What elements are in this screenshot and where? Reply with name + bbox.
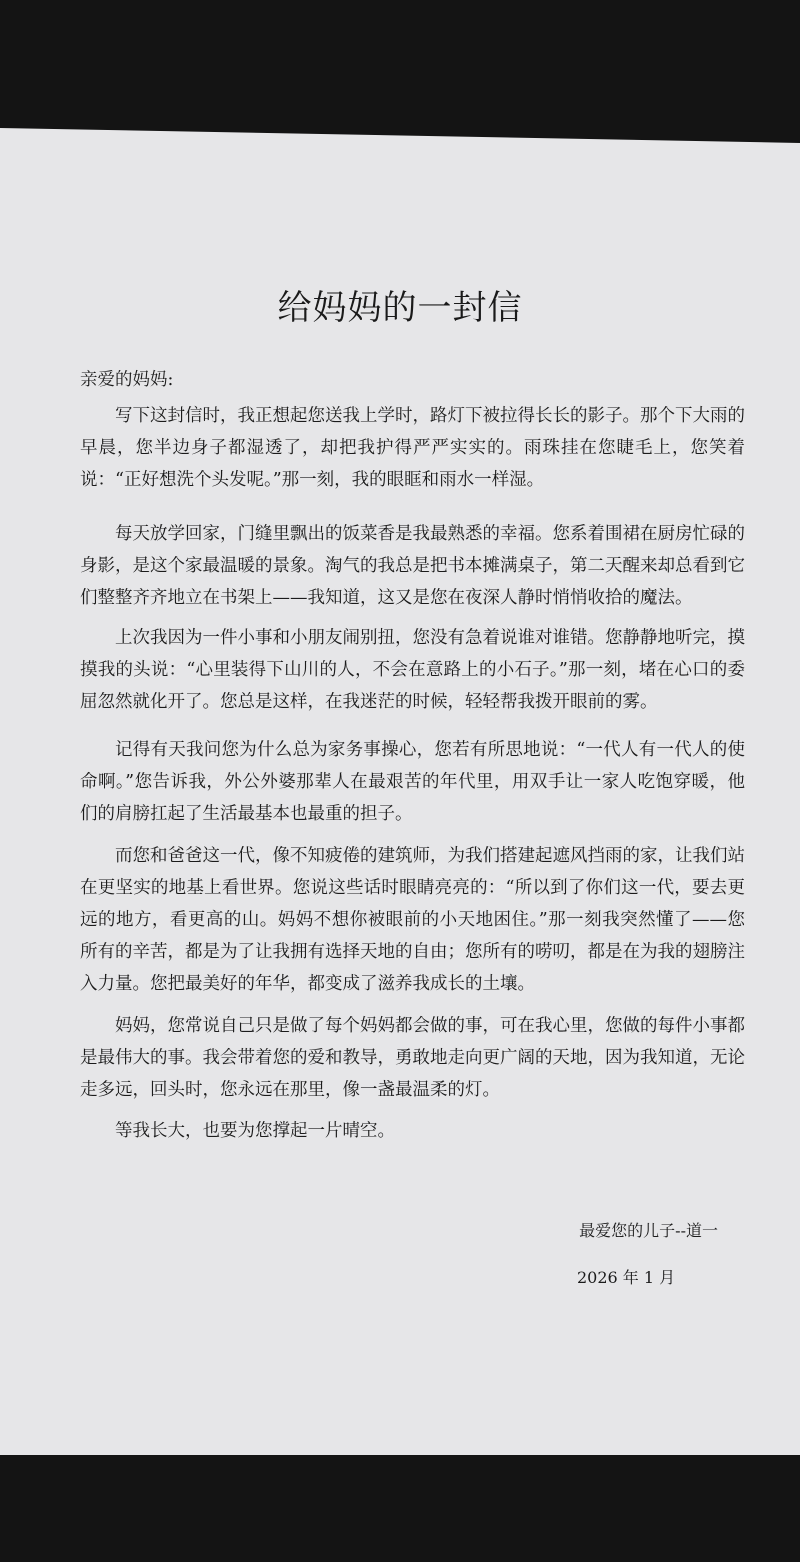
paragraph-6: 妈妈，您常说自己只是做了每个妈妈都会做的事，可在我心里，您做的每件小事都是最伟大… <box>80 1010 745 1106</box>
letter-page: 给妈妈的一封信 亲爱的妈妈: 写下这封信时，我正想起您送我上学时，路灯下被拉得长… <box>0 128 800 1463</box>
top-dark-border <box>0 0 800 128</box>
paragraph-2: 每天放学回家，门缝里飘出的饭菜香是我最熟悉的幸福。您系着围裙在厨房忙碌的身影，是… <box>80 518 745 614</box>
signature: 最爱您的儿子--道一 <box>579 1218 718 1241</box>
paragraph-7: 等我长大，也要为您撑起一片晴空。 <box>80 1115 745 1147</box>
paragraph-5: 而您和爸爸这一代，像不知疲倦的建筑师，为我们搭建起遮风挡雨的家，让我们站在更坚实… <box>80 840 745 1000</box>
bottom-dark-border <box>0 1455 800 1562</box>
salutation: 亲爱的妈妈: <box>80 366 173 391</box>
paragraph-1: 写下这封信时，我正想起您送我上学时，路灯下被拉得长长的影子。那个下大雨的早晨，您… <box>80 400 745 496</box>
paragraph-4: 记得有天我问您为什么总为家务事操心，您若有所思地说：“一代人有一代人的使命啊。”… <box>80 734 745 830</box>
letter-title: 给妈妈的一封信 <box>0 280 800 329</box>
paragraph-3: 上次我因为一件小事和小朋友闹别扭，您没有急着说谁对谁错。您静静地听完，摸摸我的头… <box>80 622 745 718</box>
letter-date: 2026 年 1 月 <box>577 1265 675 1288</box>
